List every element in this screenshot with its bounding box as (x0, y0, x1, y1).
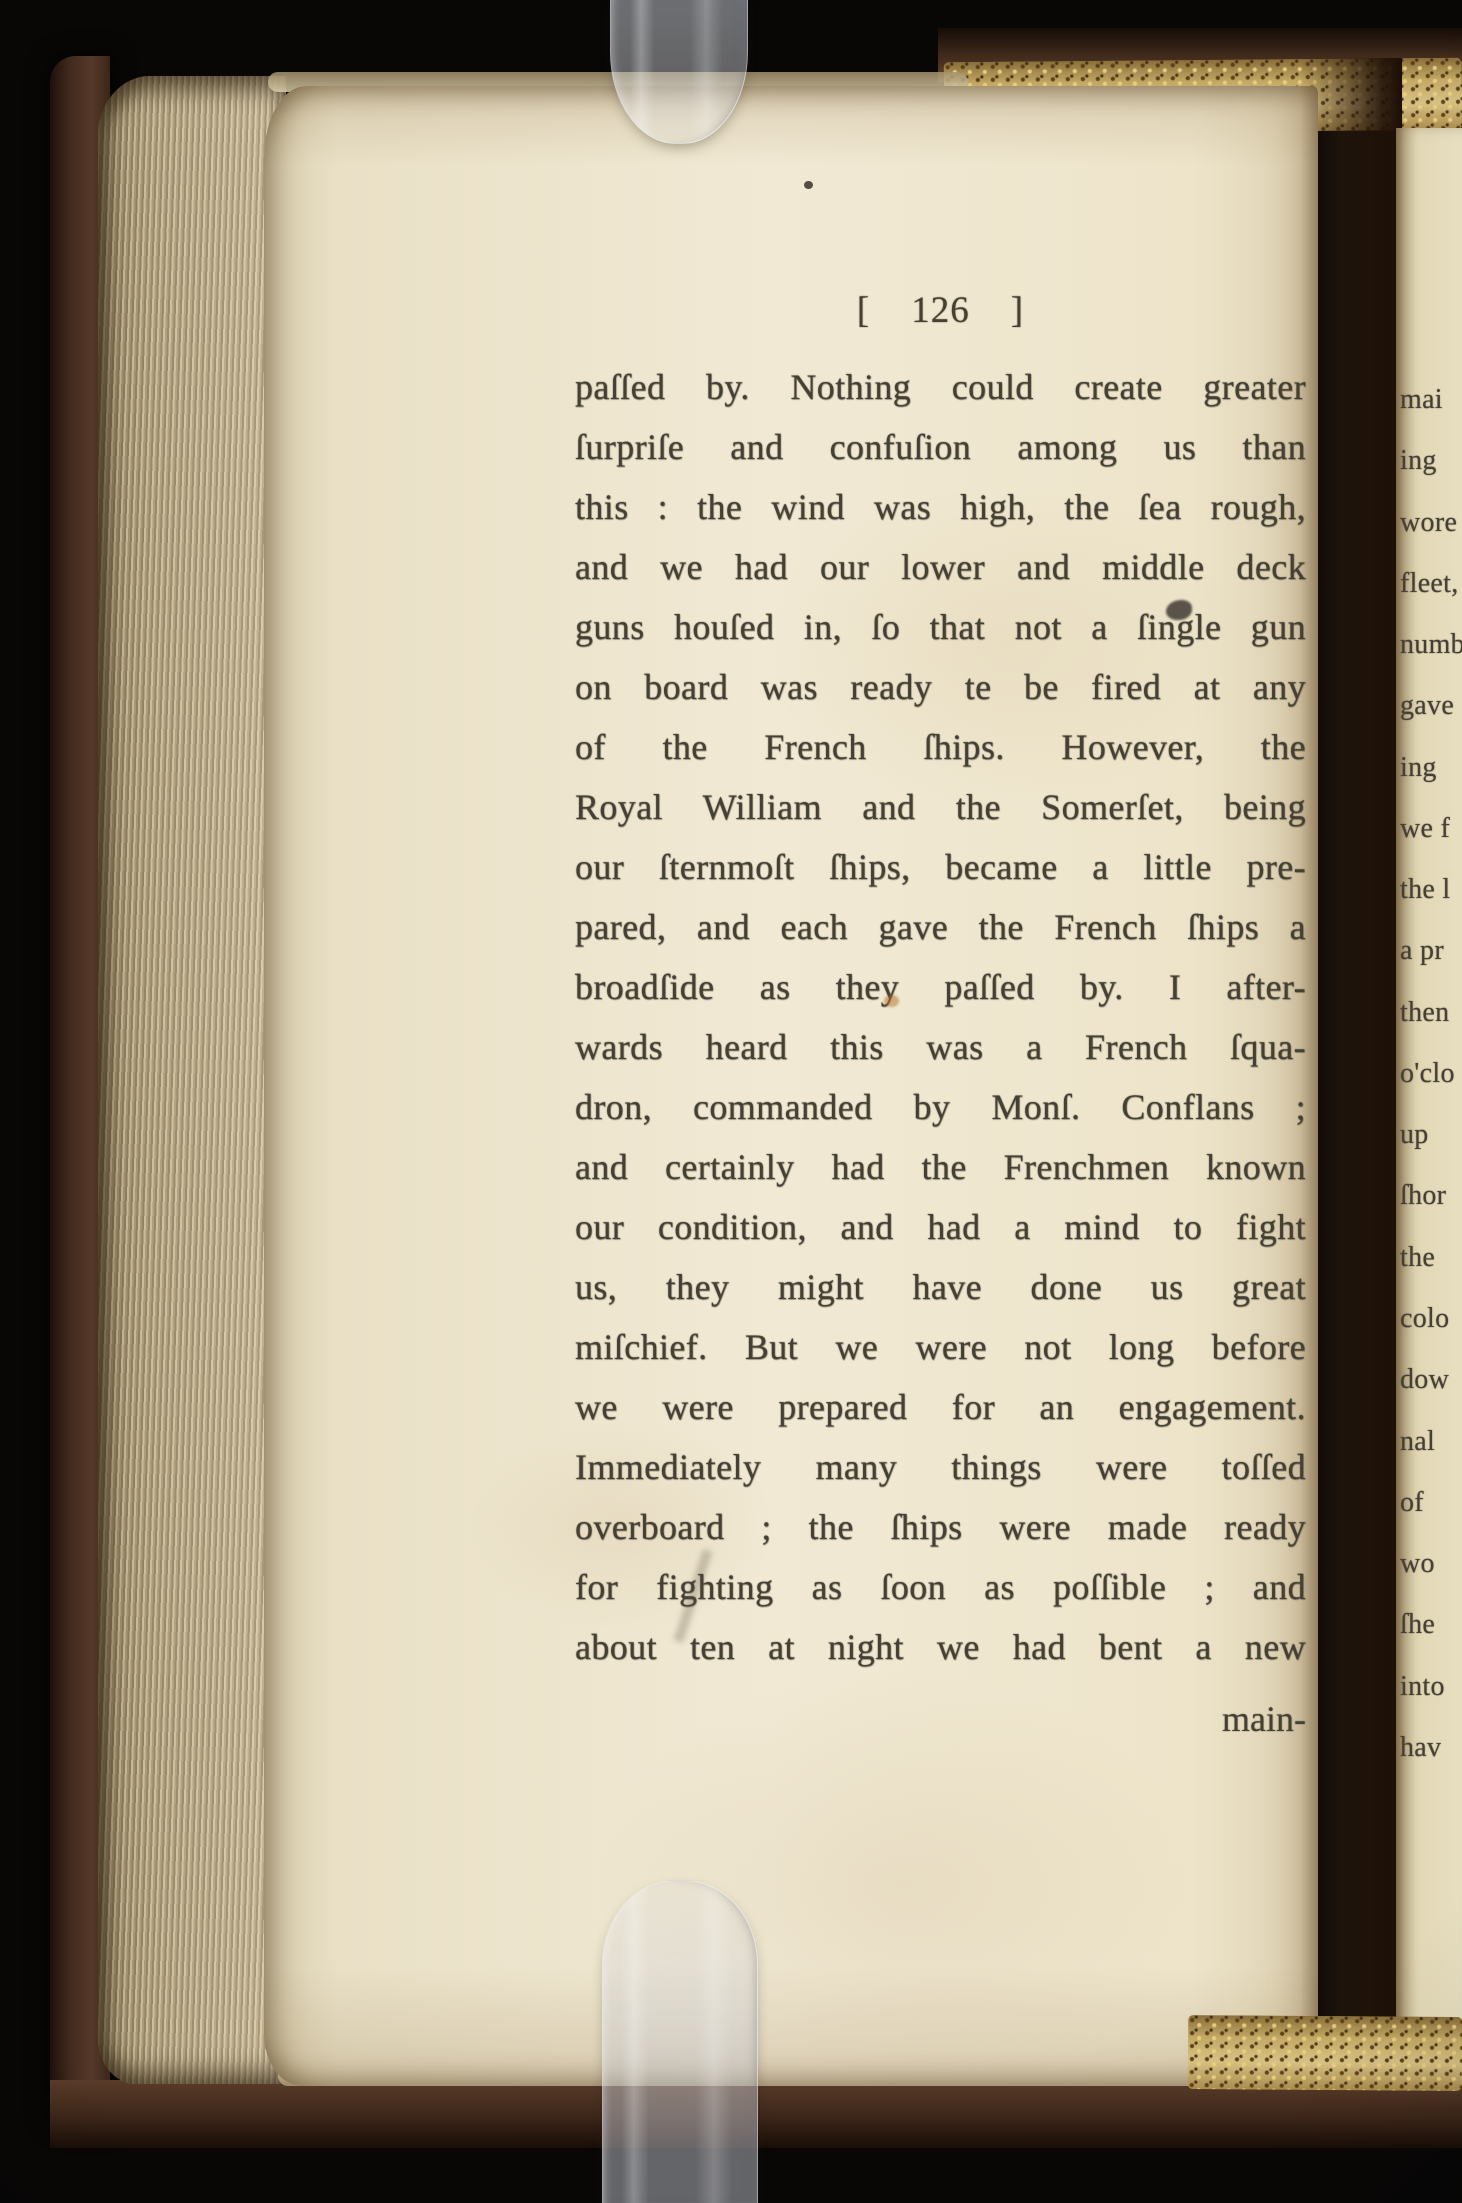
facing-page-line-fragment: gave (1400, 689, 1462, 723)
text-line: us, they might have done us great (575, 1257, 1306, 1317)
catchword: main- (575, 1694, 1306, 1744)
text-line: on board was ready te be fired at any (575, 657, 1306, 717)
fore-edge-page-stack (98, 76, 286, 2084)
facing-page-line-fragment: into (1400, 1670, 1462, 1704)
facing-page-line-fragment: then (1400, 996, 1462, 1030)
facing-page-text-fragments: mai ing wore fleet, numb gave ing we f t… (1400, 383, 1462, 1765)
foxing-spot (884, 995, 899, 1007)
facing-page-line-fragment: o'clo (1400, 1057, 1462, 1091)
facing-page-line-fragment: ing (1400, 444, 1462, 478)
facing-page-line-fragment: mai (1400, 383, 1462, 417)
text-line: dron, commanded by Monſ. Conflans ; (575, 1077, 1306, 1137)
ink-speck (804, 181, 813, 189)
text-line: this : the wind was high, the ſea rough, (575, 477, 1306, 537)
text-line: guns houſed in, ſo that not a ſingle gun (575, 597, 1306, 657)
page-number-header: [ 126 ] (575, 284, 1306, 338)
text-line: Royal William and the Somerſet, being (575, 777, 1306, 837)
printed-text-block: paſſed by. Nothing could create greater … (575, 357, 1306, 1677)
gutter-shadow (1300, 58, 1402, 2088)
facing-page-line-fragment: numb (1400, 628, 1462, 662)
text-line: overboard ; the ſhips were made ready (575, 1497, 1306, 1557)
facing-page-line-fragment: ſhe (1400, 1608, 1462, 1642)
facing-page-line-fragment: we f (1400, 812, 1462, 846)
text-line: pared, and each gave the French ſhips a (575, 897, 1306, 957)
text-line: ſurpriſe and confuſion among us than (575, 417, 1306, 477)
book-snake-strap-bottom (602, 1880, 758, 2203)
facing-page-line-fragment: the (1400, 1241, 1462, 1275)
facing-page-line-fragment: fleet, (1400, 567, 1462, 601)
facing-page-line-fragment: a pr (1400, 934, 1462, 968)
text-line: broadſide as they paſſed by. I after- (575, 957, 1306, 1017)
text-line: our condition, and had a mind to fight (575, 1197, 1306, 1257)
facing-page-line-fragment: nal (1400, 1425, 1462, 1459)
book-photograph: mai ing wore fleet, numb gave ing we f t… (0, 0, 1462, 2203)
text-line: miſchief. But we were not long before (575, 1317, 1306, 1377)
facing-page-sliver: mai ing wore fleet, numb gave ing we f t… (1396, 128, 1462, 2086)
text-line: and we had our lower and middle deck (575, 537, 1306, 597)
text-line: and certainly had the Frenchmen known (575, 1137, 1306, 1197)
gilt-page-edge-bottom (1188, 2015, 1462, 2091)
text-line: paſſed by. Nothing could create greater (575, 357, 1306, 417)
facing-page-line-fragment: hav (1400, 1731, 1462, 1765)
facing-page-line-fragment: the l (1400, 873, 1462, 907)
facing-page-line-fragment: ſhor (1400, 1179, 1462, 1213)
facing-page-line-fragment: wo (1400, 1547, 1462, 1581)
text-line: wards heard this was a French ſqua- (575, 1017, 1306, 1077)
facing-page-line-fragment: colo (1400, 1302, 1462, 1336)
facing-page-line-fragment: up (1400, 1118, 1462, 1152)
facing-page-line-fragment: dow (1400, 1363, 1462, 1397)
facing-page-line-fragment: ing (1400, 751, 1462, 785)
text-line: our ſternmoſt ſhips, became a little pre… (575, 837, 1306, 897)
text-line: of the French ſhips. However, the (575, 717, 1306, 777)
text-line: Immediately many things were toſſed (575, 1437, 1306, 1497)
text-line: we were prepared for an engagement. (575, 1377, 1306, 1437)
facing-page-line-fragment: of (1400, 1486, 1462, 1520)
facing-page-line-fragment: wore (1400, 506, 1462, 540)
